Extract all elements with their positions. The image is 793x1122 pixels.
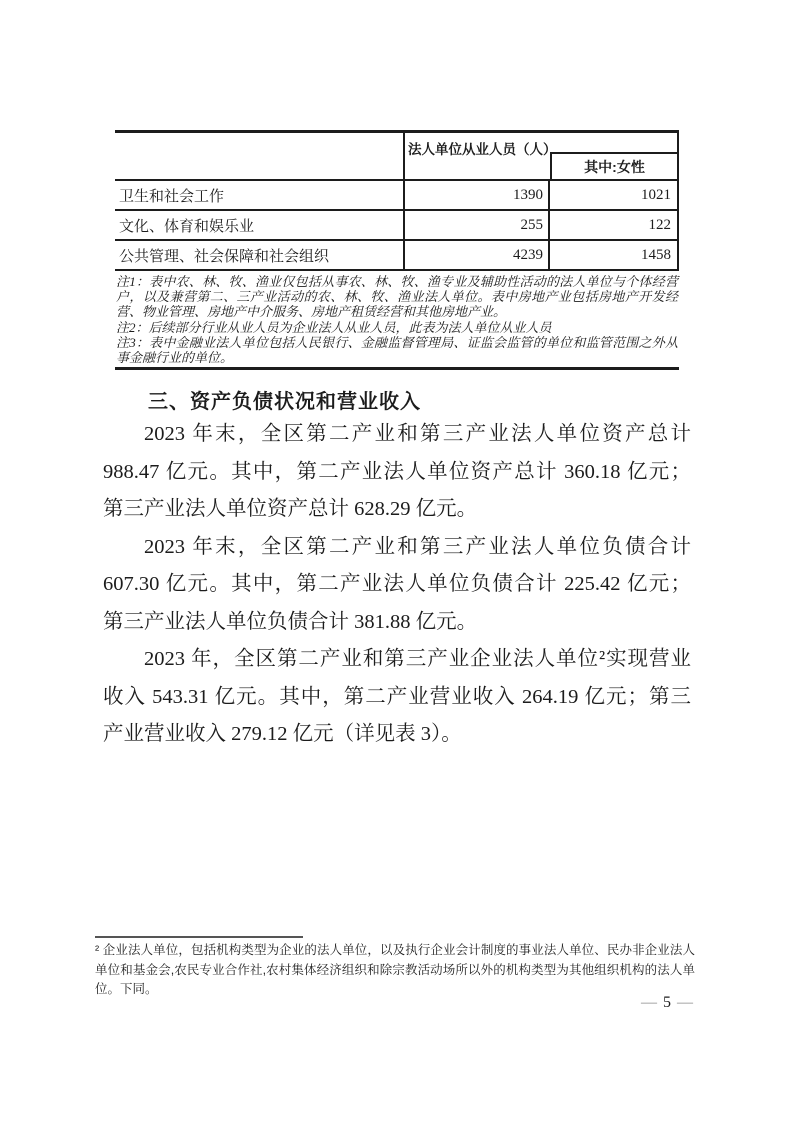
row-label: 文化、体育和娱乐业 xyxy=(115,211,405,239)
body-paragraphs: 2023 年末，全区第二产业和第三产业法人单位资产总计 988.47 亿元。其中… xyxy=(103,416,691,754)
row-label: 公共管理、社会保障和社会组织 xyxy=(115,241,405,269)
page-number: —5— xyxy=(560,994,693,1012)
page-number-dash-left: — xyxy=(641,994,657,1011)
paragraph-assets: 2023 年末，全区第二产业和第三产业法人单位资产总计 988.47 亿元。其中… xyxy=(103,416,691,529)
row-female: 122 xyxy=(550,211,677,239)
row-total: 255 xyxy=(405,211,550,239)
para-line: 收入 543.31 亿元。其中，第二产业营业收入 264.19 亿元；第三 xyxy=(103,679,691,717)
paragraph-revenue: 2023 年，全区第二产业和第三产业企业法人单位²实现营业 收入 543.31 … xyxy=(103,641,691,754)
para-line: 第三产业法人单位资产总计 628.29 亿元。 xyxy=(103,491,691,529)
page-number-value: 5 xyxy=(657,994,677,1011)
para-line: 988.47 亿元。其中，第二产业法人单位资产总计 360.18 亿元； xyxy=(103,454,691,492)
para-line: 2023 年，全区第二产业和第三产业企业法人单位²实现营业 xyxy=(103,641,691,679)
table-header-main-cell: 法人单位从业人员（人） 其中:女性 xyxy=(405,133,677,179)
table-header-empty-cell xyxy=(115,133,405,179)
para-line: 607.30 亿元。其中，第二产业法人单位负债合计 225.42 亿元； xyxy=(103,566,691,604)
row-label: 卫生和社会工作 xyxy=(115,181,405,209)
stats-table: 法人单位从业人员（人） 其中:女性 卫生和社会工作 1390 1021 文化、体… xyxy=(115,130,679,370)
table-header-main-label: 法人单位从业人员（人） xyxy=(408,138,557,158)
para-line: 2023 年末，全区第二产业和第三产业法人单位负债合计 xyxy=(103,529,691,567)
para-line: 第三产业法人单位负债合计 381.88 亿元。 xyxy=(103,604,691,642)
table-row: 公共管理、社会保障和社会组织 4239 1458 xyxy=(115,241,679,271)
page-number-dash-right: — xyxy=(677,994,693,1011)
row-female: 1021 xyxy=(550,181,677,209)
row-total: 4239 xyxy=(405,241,550,269)
table-row: 文化、体育和娱乐业 255 122 xyxy=(115,211,679,241)
paragraph-liabilities: 2023 年末，全区第二产业和第三产业法人单位负债合计 607.30 亿元。其中… xyxy=(103,529,691,642)
document-page: 法人单位从业人员（人） 其中:女性 卫生和社会工作 1390 1021 文化、体… xyxy=(0,0,793,1122)
para-line: 2023 年末，全区第二产业和第三产业法人单位资产总计 xyxy=(103,416,691,454)
row-female: 1458 xyxy=(550,241,677,269)
table-row: 卫生和社会工作 1390 1021 xyxy=(115,181,679,211)
table-note-2: 注2：后续部分行业从业人员为企业法人从业人员，此表为法人单位从业人员 xyxy=(116,320,678,335)
table-note-1: 注1：表中农、林、牧、渔业仅包括从事农、林、牧、渔专业及辅助性活动的法人单位与个… xyxy=(116,274,678,320)
table-notes: 注1：表中农、林、牧、渔业仅包括从事农、林、牧、渔专业及辅助性活动的法人单位与个… xyxy=(115,271,679,370)
para-line: 产业营业收入 279.12 亿元（详见表 3）。 xyxy=(103,716,691,754)
table-note-3: 注3：表中金融业法人单位包括人民银行、金融监督管理局、证监会监管的单位和监管范围… xyxy=(116,335,678,365)
table-header-sub-label: 其中:女性 xyxy=(550,152,677,179)
row-total: 1390 xyxy=(405,181,550,209)
footnote-text: ² 企业法人单位，包括机构类型为企业的法人单位，以及执行企业会计制度的事业法人单… xyxy=(95,941,695,1000)
footnote-separator xyxy=(95,936,303,938)
table-header-row: 法人单位从业人员（人） 其中:女性 xyxy=(115,133,679,181)
section-heading: 三、资产负债状况和营业收入 xyxy=(148,385,421,414)
